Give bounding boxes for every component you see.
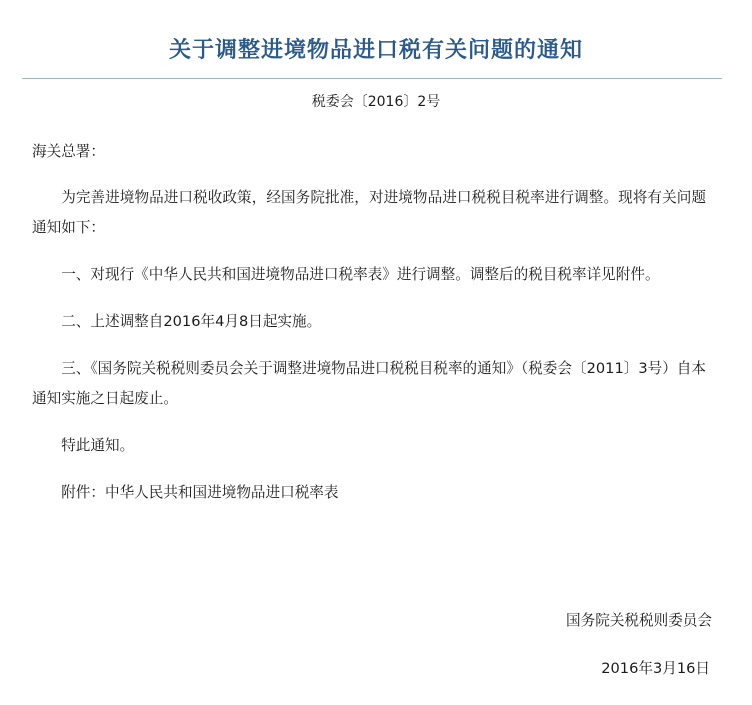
attachment-link[interactable]: 中华人民共和国进境物品进口税率表 [105, 484, 339, 501]
paragraph-intro: 为完善进境物品进口税收政策，经国务院批准，对进境物品进口税税目税率进行调整。现将… [32, 183, 706, 243]
document-number: 税委会〔2016〕2号 [0, 90, 752, 114]
paragraph-closing: 特此通知。 [32, 431, 706, 461]
issuer-signature: 国务院关税税则委员会 [566, 606, 712, 636]
title-divider [22, 78, 722, 79]
salutation: 海关总署： [32, 137, 706, 167]
attachment-line: 附件：中华人民共和国进境物品进口税率表 [32, 478, 706, 508]
paragraph-item-1: 一、对现行《中华人民共和国进境物品进口税率表》进行调整。调整后的税目税率详见附件… [32, 260, 706, 290]
page-title: 关于调整进境物品进口税有关问题的通知 [0, 33, 752, 67]
paragraph-item-3: 三、《国务院关税税则委员会关于调整进境物品进口税税目税率的通知》（税委会〔201… [32, 354, 706, 414]
paragraph-item-2: 二、上述调整自2016年4月8日起实施。 [32, 307, 706, 337]
issue-date: 2016年3月16日 [601, 654, 710, 684]
document-body: 海关总署： 为完善进境物品进口税收政策，经国务院批准，对进境物品进口税税目税率进… [32, 137, 706, 525]
attachment-label: 附件： [61, 484, 105, 501]
